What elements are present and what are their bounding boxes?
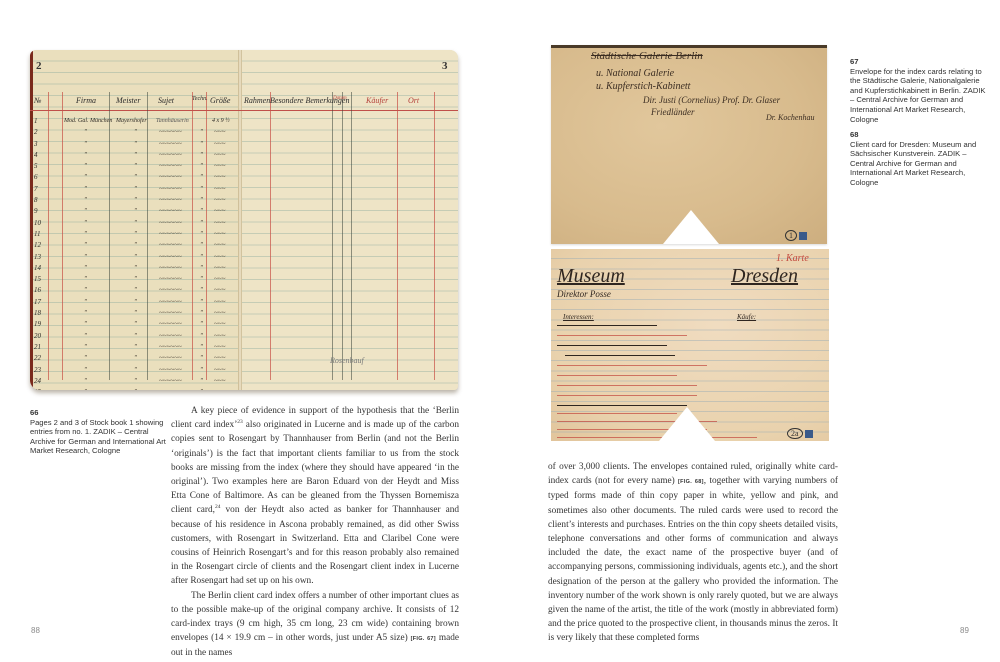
- ledger-header-meister: Meister: [116, 96, 140, 105]
- left-column-text: A key piece of evidence in support of th…: [171, 404, 459, 661]
- ledger-row: 16""~~~~~~"~~~: [34, 285, 234, 296]
- card-interests-label: Interessen:: [563, 313, 594, 321]
- ledger-header-number: №: [34, 96, 42, 105]
- ledger-row: 17""~~~~~~"~~~: [34, 297, 234, 308]
- archive-stamp-box-icon: [805, 430, 813, 438]
- envelope-handwriting: Dir. Justi (Cornelius) Prof. Dr. Glaser: [643, 95, 780, 105]
- ledger-page-number-right: 3: [442, 60, 448, 72]
- envelope-cutout-notch: [663, 210, 719, 244]
- ledger-row: 1 Mod. Gal. München Mayershofer Tannhäus…: [34, 116, 234, 127]
- ledger-row: 5""~~~~~~"~~~: [34, 161, 234, 172]
- envelope-handwriting: Dr. Kochenhau: [766, 113, 814, 122]
- ledger-row: 10""~~~~~~"~~~: [34, 218, 234, 229]
- ledger-row: 21""~~~~~~"~~~: [34, 342, 234, 353]
- ledger-rows: 1 Mod. Gal. München Mayershofer Tannhäus…: [34, 116, 234, 390]
- archive-stamp-box-icon: [799, 232, 807, 240]
- ledger-row: 4""~~~~~~"~~~: [34, 150, 234, 161]
- ledger-row: 20""~~~~~~"~~~: [34, 331, 234, 342]
- ledger-row: 24""~~~~~~"~~~: [34, 376, 234, 387]
- card-title-dresden: Dresden: [731, 265, 798, 288]
- ledger-row: 25""~~~~~~"~~~: [34, 387, 234, 390]
- ledger-header-sujet: Sujet: [158, 96, 174, 105]
- ledger-row: 11""~~~~~~"~~~: [34, 229, 234, 240]
- ledger-row: 13""~~~~~~"~~~: [34, 252, 234, 263]
- ledger-page-number-left: 2: [36, 60, 42, 72]
- ledger-rule: [270, 92, 271, 380]
- ledger-row: 15""~~~~~~"~~~: [34, 274, 234, 285]
- ledger-row: 23""~~~~~~"~~~: [34, 365, 234, 376]
- archive-stamp: 2a: [787, 428, 813, 439]
- ledger-rule: [342, 92, 343, 380]
- ledger-row: 7""~~~~~~"~~~: [34, 184, 234, 195]
- ledger-row: 14""~~~~~~"~~~: [34, 263, 234, 274]
- envelope-handwriting: Städtische Galerie Berlin: [591, 50, 703, 62]
- ledger-row: 8""~~~~~~"~~~: [34, 195, 234, 206]
- figure-66-caption: 66 Pages 2 and 3 of Stock book 1 showing…: [30, 408, 170, 456]
- paragraph: of over 3,000 clients. The envelopes con…: [548, 460, 838, 646]
- card-purchases-label: Käufe:: [737, 313, 756, 321]
- caption-text: Pages 2 and 3 of Stock book 1 showing en…: [30, 418, 166, 456]
- card-title-museum: Museum: [557, 265, 625, 288]
- ledger-row: 9""~~~~~~"~~~: [34, 206, 234, 217]
- figure-68-caption: 68 Client card for Dresden: Museum and S…: [850, 130, 990, 188]
- card-cutout-notch: [659, 407, 715, 441]
- ledger-header-groesse: Größe: [210, 96, 230, 105]
- archive-stamp: 1: [785, 230, 807, 241]
- paragraph: A key piece of evidence in support of th…: [171, 404, 459, 589]
- ledger-header-kaeufer: Käufer: [366, 96, 388, 105]
- ledger-row: 19""~~~~~~"~~~: [34, 319, 234, 330]
- caption-text: Client card for Dresden: Museum and Säch…: [850, 140, 976, 187]
- card-subtitle: Direktor Posse: [557, 289, 611, 299]
- ledger-row: 12""~~~~~~"~~~: [34, 240, 234, 251]
- ledger-header-rahmen: Rahmen: [244, 96, 270, 105]
- ledger-rule: [397, 92, 398, 380]
- figure-66-ledger-photo: 2 3 № Firma Meister Sujet Techn. Größe R…: [30, 50, 458, 390]
- ledger-rule: [434, 92, 435, 380]
- ledger-row: 2""~~~~~~"~~~: [34, 127, 234, 138]
- paragraph: The Berlin client card index offers a nu…: [171, 589, 459, 661]
- ledger-row: 6""~~~~~~"~~~: [34, 172, 234, 183]
- envelope-handwriting: u. National Galerie: [596, 68, 674, 79]
- envelope-handwriting: Friedländer: [651, 107, 695, 117]
- ledger-header-ort: Ort: [408, 96, 419, 105]
- caption-text: Envelope for the index cards relating to…: [850, 67, 986, 124]
- ledger-rule: [332, 92, 333, 380]
- ledger-row: 22""~~~~~~"~~~: [34, 353, 234, 364]
- ledger-header-technik: Techn.: [192, 96, 208, 102]
- ledger-gutter: [238, 50, 242, 390]
- figure-reference: [FIG. 67]: [411, 636, 436, 642]
- page-number-right: 89: [960, 626, 969, 635]
- card-corner-note: 1. Karte: [776, 253, 809, 264]
- figure-number: 68: [850, 130, 990, 140]
- right-column-text: of over 3,000 clients. The envelopes con…: [548, 460, 838, 646]
- page-number-left: 88: [31, 626, 40, 635]
- ledger-header-datum: Datum: [333, 96, 347, 101]
- envelope-handwriting: u. Kupferstich-Kabinett: [596, 81, 690, 92]
- figure-67-envelope-photo: Städtische Galerie Berlin u. National Ga…: [551, 45, 827, 244]
- figure-68-client-card-photo: Museum Dresden 1. Karte Direktor Posse I…: [551, 249, 829, 441]
- ledger-header-rule: [30, 110, 458, 111]
- ledger-row: 18""~~~~~~"~~~: [34, 308, 234, 319]
- figure-number: 67: [850, 57, 990, 67]
- figure-reference: [FIG. 68]: [678, 479, 704, 485]
- ledger-header-firma: Firma: [76, 96, 96, 105]
- figure-number: 66: [30, 408, 170, 418]
- ledger-row: 3""~~~~~~"~~~: [34, 139, 234, 150]
- ledger-rule: [351, 92, 352, 380]
- ledger-signature: Rosenbauf: [330, 356, 364, 365]
- figure-67-caption: 67 Envelope for the index cards relating…: [850, 57, 990, 124]
